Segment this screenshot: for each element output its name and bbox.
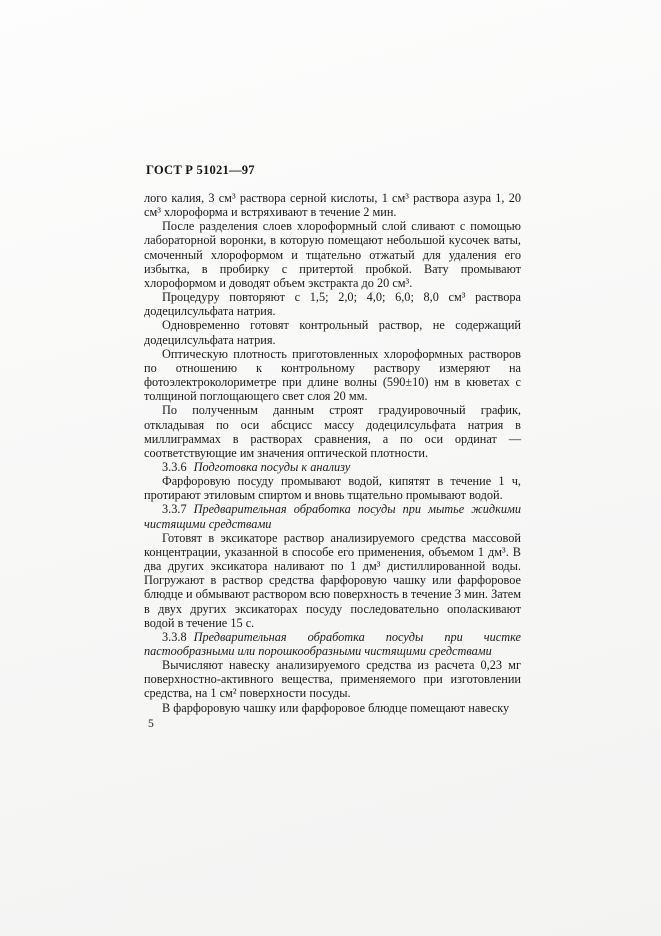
paragraph: Процедуру повторяют с 1,5; 2,0; 4,0; 6,0… (144, 290, 521, 318)
section-number: 3.3.6 (162, 460, 187, 474)
paragraph: По полученным данным строят градуировочн… (144, 403, 521, 460)
paragraph: Фарфоровую посуду промывают водой, кипят… (144, 474, 521, 502)
running-header: ГОСТ Р 51021—97 (146, 163, 521, 178)
section-number: 3.3.8 (162, 630, 187, 644)
paragraph: Вычисляют навеску анализируемого средств… (144, 658, 521, 700)
section-title: Предварительная обработка посуды при чис… (144, 630, 521, 658)
section-heading: 3.3.6Подготовка посуды к анализу (144, 460, 521, 474)
section-number: 3.3.7 (162, 502, 187, 516)
section-title: Предварительная обработка посуды при мыт… (144, 502, 521, 530)
paragraph: После разделения слоев хлороформный слой… (144, 219, 521, 290)
paragraph: Готовят в эксикаторе раствор анализируем… (144, 531, 521, 630)
paragraph: Одновременно готовят контрольный раствор… (144, 318, 521, 346)
section-heading: 3.3.7Предварительная обработка посуды пр… (144, 502, 521, 530)
section-heading: 3.3.8Предварительная обработка посуды пр… (144, 630, 521, 658)
paragraph: Оптическую плотность приготовленных хлор… (144, 347, 521, 404)
paragraph: лого калия, 3 см³ раствора серной кислот… (144, 191, 521, 219)
document-page: ГОСТ Р 51021—97 лого калия, 3 см³ раство… (144, 163, 521, 731)
paragraph: В фарфоровую чашку или фарфоровое блюдце… (144, 701, 521, 715)
page-number: 5 (144, 717, 521, 731)
section-title: Подготовка посуды к анализу (194, 460, 351, 474)
